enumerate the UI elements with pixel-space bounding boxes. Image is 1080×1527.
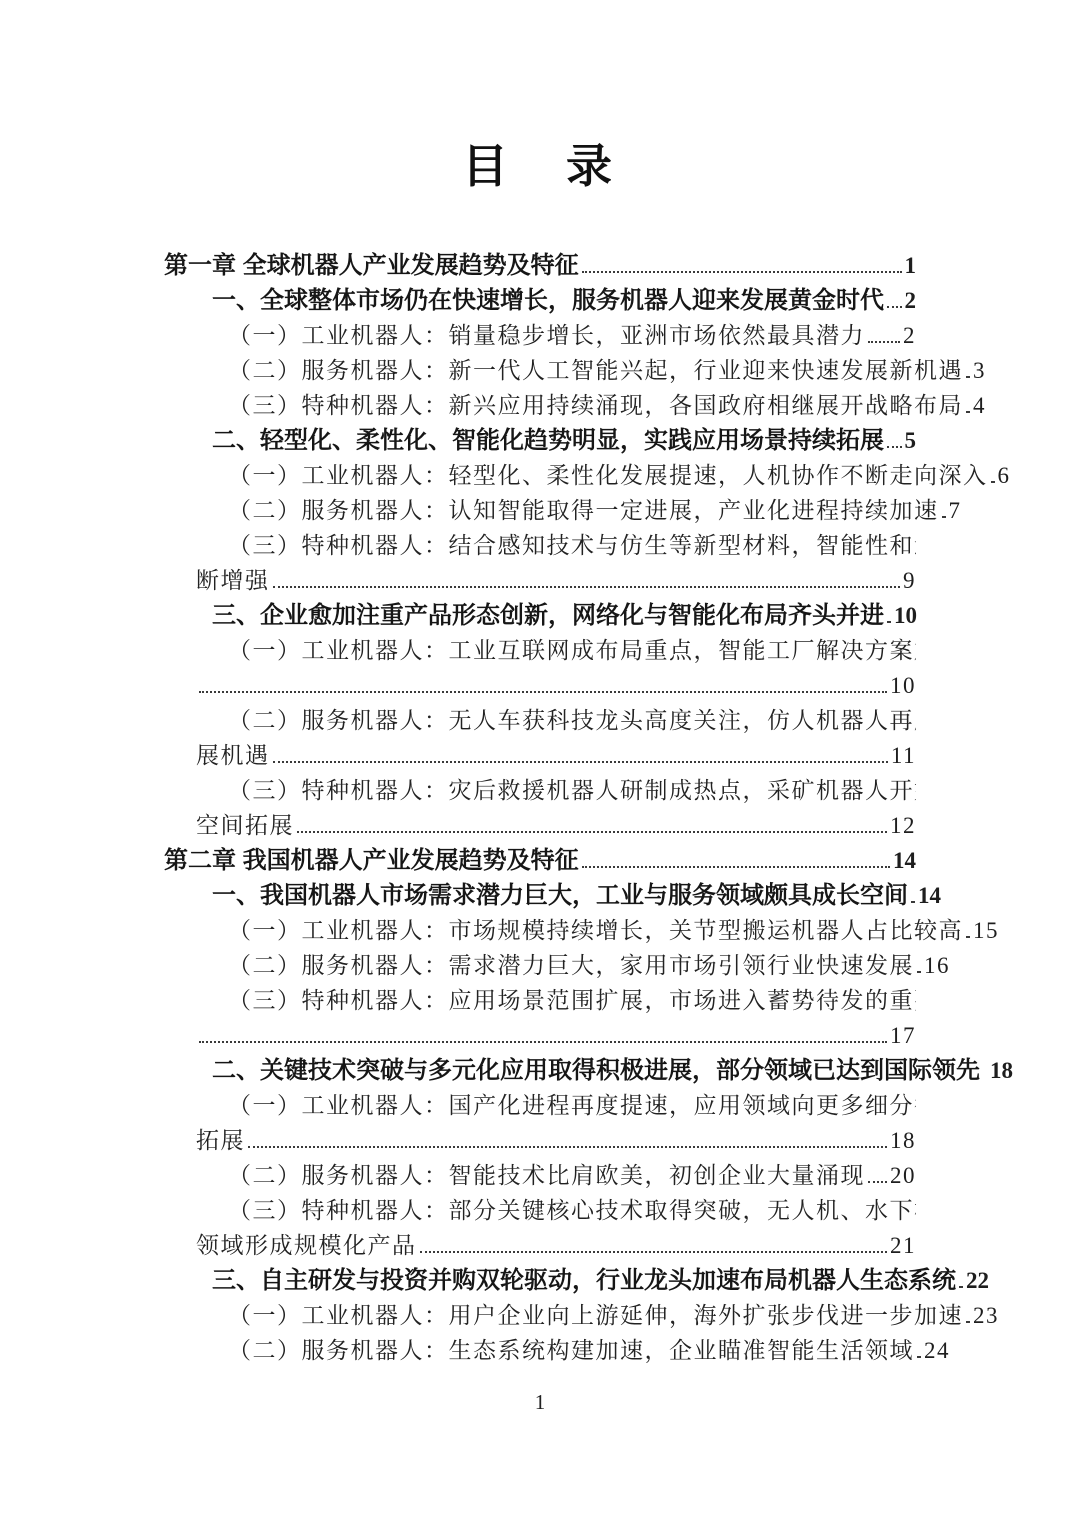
footer-page-number: 1 [164, 1390, 916, 1415]
toc-entry: （一）工业机器人：销量稳步增长，亚洲市场依然最具潜力2 [164, 318, 916, 353]
toc-entry-line: 三、自主研发与投资并购双轮驱动，行业龙头加速布局机器人生态系统22 [212, 1263, 916, 1298]
toc-entry-line: 二、关键技术突破与多元化应用取得积极进展，部分领域已达到国际领先18 [212, 1053, 916, 1088]
dot-leader [273, 586, 901, 588]
toc-entry-line: （一）工业机器人：市场规模持续增长，关节型搬运机器人占比较高15 [228, 913, 916, 948]
toc-entry-text: （一）工业机器人：国产化进程再度提速，应用领域向更多细分行业快速 [228, 1088, 916, 1123]
toc-entry: （二）服务机器人：智能技术比肩欧美，初创企业大量涌现20 [164, 1158, 916, 1193]
toc-entry: （二）服务机器人：需求潜力巨大，家用市场引领行业快速发展16 [164, 948, 916, 983]
toc-entry-line: 拓展18 [196, 1123, 916, 1158]
toc-entry-text: （三）特种机器人：新兴应用持续涌现，各国政府相继展开战略布局 [228, 388, 963, 423]
toc-entry: （三）特种机器人：部分关键核心技术取得突破，无人机、水下机器人等领域形成规模化产… [164, 1193, 916, 1263]
toc-entry-text: （三）特种机器人：应用场景范围扩展，市场进入蓄势待发的重要时期 [228, 983, 916, 1018]
toc-entry-text: （二）服务机器人：新一代人工智能兴起，行业迎来快速发展新机遇 [228, 353, 963, 388]
toc-entry-text: （一）工业机器人：工业互联网成布局重点，智能工厂解决方案加速落地 [228, 633, 916, 668]
toc-entry-line: （一）工业机器人：用户企业向上游延伸，海外扩张步伐进一步加速23 [228, 1298, 916, 1333]
dot-leader [966, 411, 970, 413]
toc-entry-line: （二）服务机器人：新一代人工智能兴起，行业迎来快速发展新机遇3 [228, 353, 916, 388]
toc-entry-text: 展机遇 [196, 738, 270, 773]
toc-page-number: 5 [905, 423, 917, 458]
dot-leader [887, 621, 891, 623]
toc-page-number: 14 [918, 878, 941, 913]
toc-entry-text: （二）服务机器人：需求潜力巨大，家用市场引领行业快速发展 [228, 948, 914, 983]
toc-entry: （一）工业机器人：市场规模持续增长，关节型搬运机器人占比较高15 [164, 913, 916, 948]
dot-leader [273, 761, 888, 763]
toc-entry-text: （二）服务机器人：认知智能取得一定进展，产业化进程持续加速 [228, 493, 939, 528]
toc-page-number: 17 [890, 1018, 916, 1053]
dot-leader [942, 516, 946, 518]
toc-entry-text: （二）服务机器人：智能技术比肩欧美，初创企业大量涌现 [228, 1158, 865, 1193]
toc-entry: 三、自主研发与投资并购双轮驱动，行业龙头加速布局机器人生态系统22 [164, 1263, 916, 1298]
dot-leader [868, 341, 900, 343]
toc-page-number: 24 [924, 1333, 950, 1368]
toc-entry-text: （三）特种机器人：部分关键核心技术取得突破，无人机、水下机器人等 [228, 1193, 916, 1228]
toc-entry-line: 二、轻型化、柔性化、智能化趋势明显，实践应用场景持续拓展5 [212, 423, 916, 458]
toc-entry-text: （二）服务机器人：生态系统构建加速，企业瞄准智能生活领域 [228, 1333, 914, 1368]
toc-entry: 第一章 全球机器人产业发展趋势及特征1 [164, 248, 916, 283]
toc-entry-line: 第二章 我国机器人产业发展趋势及特征14 [164, 843, 916, 878]
dot-leader [911, 901, 915, 903]
toc-entry-text: （一）工业机器人：轻型化、柔性化发展提速，人机协作不断走向深入 [228, 458, 988, 493]
table-of-contents: 第一章 全球机器人产业发展趋势及特征1一、全球整体市场仍在快速增长，服务机器人迎… [164, 248, 916, 1368]
toc-entry: （二）服务机器人：新一代人工智能兴起，行业迎来快速发展新机遇3 [164, 353, 916, 388]
toc-page-number: 18 [890, 1123, 916, 1158]
toc-entry-line: （二）服务机器人：生态系统构建加速，企业瞄准智能生活领域24 [228, 1333, 916, 1368]
toc-entry-line: （一）工业机器人：销量稳步增长，亚洲市场依然最具潜力2 [228, 318, 916, 353]
dot-leader [248, 1146, 887, 1148]
toc-page-number: 10 [894, 598, 917, 633]
toc-entry: （三）特种机器人：灾后救援机器人研制成热点，采矿机器人开始向深海空间拓展12 [164, 773, 916, 843]
toc-entry: 二、轻型化、柔性化、智能化趋势明显，实践应用场景持续拓展5 [164, 423, 916, 458]
toc-entry-line: （三）特种机器人：新兴应用持续涌现，各国政府相继展开战略布局4 [228, 388, 916, 423]
dot-leader [887, 306, 902, 308]
toc-entry: （一）工业机器人：工业互联网成布局重点，智能工厂解决方案加速落地10 [164, 633, 916, 703]
toc-entry-line: 17 [196, 1018, 916, 1053]
toc-entry-line: 空间拓展12 [196, 808, 916, 843]
toc-page-number: 16 [924, 948, 950, 983]
toc-entry-line: 领域形成规模化产品21 [196, 1228, 916, 1263]
toc-page-number: 18 [990, 1053, 1013, 1088]
toc-entry-line: （二）服务机器人：需求潜力巨大，家用市场引领行业快速发展16 [228, 948, 916, 983]
page-title: 目 录 [164, 130, 916, 196]
dot-leader [959, 1286, 963, 1288]
toc-entry: 一、我国机器人市场需求潜力巨大，工业与服务领域颇具成长空间14 [164, 878, 916, 913]
toc-entry-text: 二、轻型化、柔性化、智能化趋势明显，实践应用场景持续拓展 [212, 423, 884, 458]
dot-leader [199, 691, 887, 693]
toc-entry-text: 二、关键技术突破与多元化应用取得积极进展，部分领域已达到国际领先 [212, 1053, 980, 1088]
toc-entry-line: 10 [196, 668, 916, 703]
dot-leader [582, 271, 902, 273]
toc-entry-text: 领域形成规模化产品 [196, 1228, 417, 1263]
document-page: 目 录 第一章 全球机器人产业发展趋势及特征1一、全球整体市场仍在快速增长，服务… [0, 0, 1080, 1527]
toc-page-number: 11 [891, 738, 916, 773]
dot-leader [966, 376, 970, 378]
toc-entry: （一）工业机器人：国产化进程再度提速，应用领域向更多细分行业快速拓展18 [164, 1088, 916, 1158]
toc-entry-text: 一、我国机器人市场需求潜力巨大，工业与服务领域颇具成长空间 [212, 878, 908, 913]
toc-page-number: 15 [973, 913, 999, 948]
toc-page-number: 3 [973, 353, 986, 388]
toc-entry: （一）工业机器人：轻型化、柔性化发展提速，人机协作不断走向深入6 [164, 458, 916, 493]
dot-leader [420, 1251, 888, 1253]
dot-leader [297, 831, 887, 833]
toc-entry-text: 三、自主研发与投资并购双轮驱动，行业龙头加速布局机器人生态系统 [212, 1263, 956, 1298]
toc-page-number: 2 [903, 318, 916, 353]
toc-page-number: 23 [973, 1298, 999, 1333]
toc-entry: （三）特种机器人：应用场景范围扩展，市场进入蓄势待发的重要时期17 [164, 983, 916, 1053]
toc-entry-text: 三、企业愈加注重产品形态创新，网络化与智能化布局齐头并进 [212, 598, 884, 633]
toc-entry-line: （二）服务机器人：认知智能取得一定进展，产业化进程持续加速7 [228, 493, 916, 528]
dot-leader [887, 446, 902, 448]
toc-page-number: 22 [966, 1263, 989, 1298]
toc-entry: 三、企业愈加注重产品形态创新，网络化与智能化布局齐头并进10 [164, 598, 916, 633]
toc-page-number: 6 [998, 458, 1011, 493]
toc-entry-text: （二）服务机器人：无人车获科技龙头高度关注，仿人机器人再度迎来发 [228, 703, 916, 738]
toc-entry: （三）特种机器人：新兴应用持续涌现，各国政府相继展开战略布局4 [164, 388, 916, 423]
toc-entry-text: 空间拓展 [196, 808, 294, 843]
toc-entry-text: （一）工业机器人：销量稳步增长，亚洲市场依然最具潜力 [228, 318, 865, 353]
dot-leader [917, 971, 921, 973]
toc-entry-line: 三、企业愈加注重产品形态创新，网络化与智能化布局齐头并进10 [212, 598, 916, 633]
toc-entry-line: 一、我国机器人市场需求潜力巨大，工业与服务领域颇具成长空间14 [212, 878, 916, 913]
toc-page-number: 4 [973, 388, 986, 423]
toc-entry-line: 展机遇11 [196, 738, 916, 773]
toc-entry: （二）服务机器人：认知智能取得一定进展，产业化进程持续加速7 [164, 493, 916, 528]
toc-entry-text: （三）特种机器人：灾后救援机器人研制成热点，采矿机器人开始向深海 [228, 773, 916, 808]
dot-leader [991, 481, 995, 483]
dot-leader [966, 936, 970, 938]
toc-entry-line: 第一章 全球机器人产业发展趋势及特征1 [164, 248, 916, 283]
toc-page-number: 2 [905, 283, 917, 318]
toc-entry: （三）特种机器人：结合感知技术与仿生等新型材料，智能性和适应性不断增强9 [164, 528, 916, 598]
toc-page-number: 12 [890, 808, 916, 843]
toc-entry-text: 一、全球整体市场仍在快速增长，服务机器人迎来发展黄金时代 [212, 283, 884, 318]
toc-page-number: 7 [949, 493, 962, 528]
toc-page-number: 1 [905, 248, 917, 283]
toc-entry-text: 拓展 [196, 1123, 245, 1158]
toc-entry-line: 一、全球整体市场仍在快速增长，服务机器人迎来发展黄金时代2 [212, 283, 916, 318]
toc-entry: （二）服务机器人：无人车获科技龙头高度关注，仿人机器人再度迎来发展机遇11 [164, 703, 916, 773]
toc-page-number: 14 [893, 843, 916, 878]
dot-leader [199, 1041, 887, 1043]
dot-leader [917, 1356, 921, 1358]
toc-page-number: 21 [890, 1228, 916, 1263]
toc-entry-line: （一）工业机器人：轻型化、柔性化发展提速，人机协作不断走向深入6 [228, 458, 916, 493]
toc-entry-text: 断增强 [196, 563, 270, 598]
toc-entry-text: （一）工业机器人：市场规模持续增长，关节型搬运机器人占比较高 [228, 913, 963, 948]
toc-entry-text: （三）特种机器人：结合感知技术与仿生等新型材料，智能性和适应性不 [228, 528, 916, 563]
toc-entry: 二、关键技术突破与多元化应用取得积极进展，部分领域已达到国际领先18 [164, 1053, 916, 1088]
dot-leader [966, 1321, 970, 1323]
toc-entry-text: （一）工业机器人：用户企业向上游延伸，海外扩张步伐进一步加速 [228, 1298, 963, 1333]
toc-entry-line: （二）服务机器人：智能技术比肩欧美，初创企业大量涌现20 [228, 1158, 916, 1193]
toc-entry: 一、全球整体市场仍在快速增长，服务机器人迎来发展黄金时代2 [164, 283, 916, 318]
toc-entry-text: 第二章 我国机器人产业发展趋势及特征 [164, 843, 579, 878]
toc-entry-text: 第一章 全球机器人产业发展趋势及特征 [164, 248, 579, 283]
toc-entry: （一）工业机器人：用户企业向上游延伸，海外扩张步伐进一步加速23 [164, 1298, 916, 1333]
toc-page-number: 20 [890, 1158, 916, 1193]
dot-leader [868, 1181, 887, 1183]
toc-entry-line: 断增强9 [196, 563, 916, 598]
toc-page-number: 9 [903, 563, 916, 598]
dot-leader [582, 866, 890, 868]
toc-entry: 第二章 我国机器人产业发展趋势及特征14 [164, 843, 916, 878]
toc-page-number: 10 [890, 668, 916, 703]
toc-entry: （二）服务机器人：生态系统构建加速，企业瞄准智能生活领域24 [164, 1333, 916, 1368]
